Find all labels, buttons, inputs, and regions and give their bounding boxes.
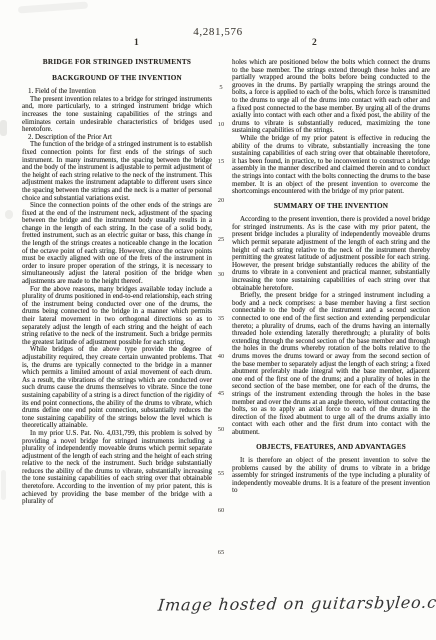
continuation-paragraph: holes which are positioned below the bol… xyxy=(232,59,430,135)
right-column: holes which are positioned below the bol… xyxy=(232,59,430,495)
prior-art-paragraph: For the above reasons, many bridges avai… xyxy=(22,286,212,347)
gutter-line-number: 15 xyxy=(213,158,229,165)
gutter-line-number: 45 xyxy=(213,390,229,397)
gutter-line-number: 55 xyxy=(213,470,229,477)
scan-smudge xyxy=(0,120,7,136)
gutter-line-number: 50 xyxy=(213,426,229,433)
gutter-line-number: 30 xyxy=(213,271,229,278)
gutter-line-number: 25 xyxy=(213,236,229,243)
column-number-right: 2 xyxy=(312,38,317,48)
column-number-left: 1 xyxy=(134,38,139,48)
gutter-line-number: 40 xyxy=(213,353,229,360)
left-column: BRIDGE FOR STRINGED INSTRUMENTS BACKGROU… xyxy=(22,59,212,506)
gutter-line-number: 5 xyxy=(213,84,229,91)
summary-heading: SUMMARY OF THE INVENTION xyxy=(232,203,430,211)
patent-number: 4,281,576 xyxy=(0,26,436,38)
field-paragraph: The present invention relates to a bridg… xyxy=(22,96,212,134)
gutter-line-number: 65 xyxy=(213,549,229,556)
scan-smudge xyxy=(18,2,88,14)
gutter-line-number: 60 xyxy=(213,507,229,514)
prior-art-paragraph: In my prior U.S. Pat. No. 4,031,799, thi… xyxy=(22,430,212,506)
summary-paragraph: According to the present invention, ther… xyxy=(232,216,430,292)
scan-smudge xyxy=(5,210,13,219)
patent-page: 4,281,576 1 2 BRIDGE FOR STRINGED INSTRU… xyxy=(0,0,436,640)
prior-art-paragraph: While bridges of the above type provide … xyxy=(22,346,212,430)
objects-paragraph: It is therefore an object of the present… xyxy=(232,457,430,495)
prior-art-paragraph: The function of the bridge of a stringed… xyxy=(22,141,212,202)
gutter-line-number: 35 xyxy=(213,315,229,322)
objects-heading: OBJECTS, FEATURES, AND ADVANTAGES xyxy=(232,444,430,452)
prior-art-paragraph: Since the connection points of the other… xyxy=(22,202,212,286)
gutter-line-number: 10 xyxy=(213,121,229,128)
invention-title: BRIDGE FOR STRINGED INSTRUMENTS xyxy=(22,59,212,67)
background-heading: BACKGROUND OF THE INVENTION xyxy=(22,75,212,83)
gutter-line-number: 20 xyxy=(213,197,229,204)
summary-paragraph: Briefly, the present bridge for a string… xyxy=(232,292,430,436)
watermark-text: Image hosted on guitarsbyleo.com xyxy=(157,592,436,614)
continuation-paragraph: While the bridge of my prior patent is e… xyxy=(232,135,430,196)
scan-smudge xyxy=(1,470,6,500)
